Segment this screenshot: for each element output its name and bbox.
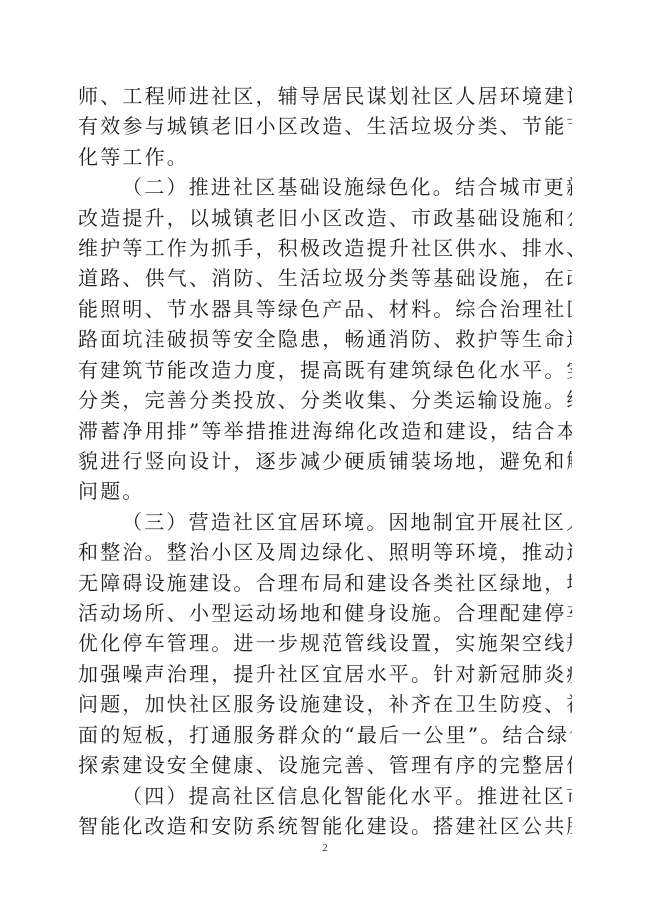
- text-line-9: 路面坑洼破损等安全隐患，畅通消防、救护等生命通道。加大既: [78, 324, 572, 354]
- text-line-17: 无障碍设施建设。合理布局和建设各类社区绿地，增加荫下公共: [78, 568, 572, 598]
- text-line-11: 分类，完善分类投放、分类收集、分类运输设施。综合采取“渗: [78, 385, 572, 415]
- text-line-2: 有效参与城镇老旧小区改造、生活垃圾分类、节能节水、环境绿: [78, 111, 572, 141]
- text-line-20: 加强噪声治理，提升社区宜居水平。针对新冠肺炎疫情暴露出的: [78, 659, 572, 689]
- text-line-14: 问题。: [78, 476, 572, 506]
- page-number: 2: [0, 842, 650, 854]
- text-line-16: 和整治。整治小区及周边绿化、照明等环境，推动适老化改造和: [78, 537, 572, 567]
- document-page: 师、工程师进社区，辅导居民谋划社区人居环境建设和整治方案， 有效参与城镇老旧小区…: [0, 0, 650, 916]
- text-line-10: 有建筑节能改造力度，提高既有建筑绿色化水平。实施生活垃圾: [78, 355, 572, 385]
- text-line-18: 活动场所、小型运动场地和健身设施。合理配建停车及充电设施，: [78, 598, 572, 628]
- text-line-22: 面的短板，打通服务群众的“最后一公里”。结合绿色社区创建，: [78, 720, 572, 750]
- section-heading-3: （三）营造社区宜居环境。因地制宜开展社区人居环境建设: [122, 507, 572, 537]
- text-line-7: 道路、供气、消防、生活垃圾分类等基础设施，在改造中采用节: [78, 263, 572, 293]
- text-line-21: 问题，加快社区服务设施建设，补齐在卫生防疫、社区服务等方: [78, 689, 572, 719]
- text-line-3: 化等工作。: [78, 142, 572, 172]
- text-line-25: 智能化改造和安防系统智能化建设。搭建社区公共服务综合信息: [78, 811, 572, 841]
- section-heading-2: （二）推进社区基础设施绿色化。结合城市更新和存量住房: [122, 172, 572, 202]
- text-line-13: 貌进行竖向设计，逐步减少硬质铺装场地，避免和解决内涝积水: [78, 446, 572, 476]
- text-line-1: 师、工程师进社区，辅导居民谋划社区人居环境建设和整治方案，: [78, 81, 572, 111]
- section-heading-4: （四）提高社区信息化智能化水平。推进社区市政基础设施: [122, 781, 572, 811]
- text-line-19: 优化停车管理。进一步规范管线设置，实施架空线规整（入地），: [78, 628, 572, 658]
- text-line-12: 滞蓄净用排”等举措推进海绵化改造和建设，结合本地区地形地: [78, 416, 572, 446]
- text-line-23: 探索建设安全健康、设施完善、管理有序的完整居住社区。: [78, 750, 572, 780]
- text-line-5: 改造提升，以城镇老旧小区改造、市政基础设施和公共服务设施: [78, 203, 572, 233]
- text-line-8: 能照明、节水器具等绿色产品、材料。综合治理社区道路，消除: [78, 294, 572, 324]
- text-line-6: 维护等工作为抓手，积极改造提升社区供水、排水、供电、弱电、: [78, 233, 572, 263]
